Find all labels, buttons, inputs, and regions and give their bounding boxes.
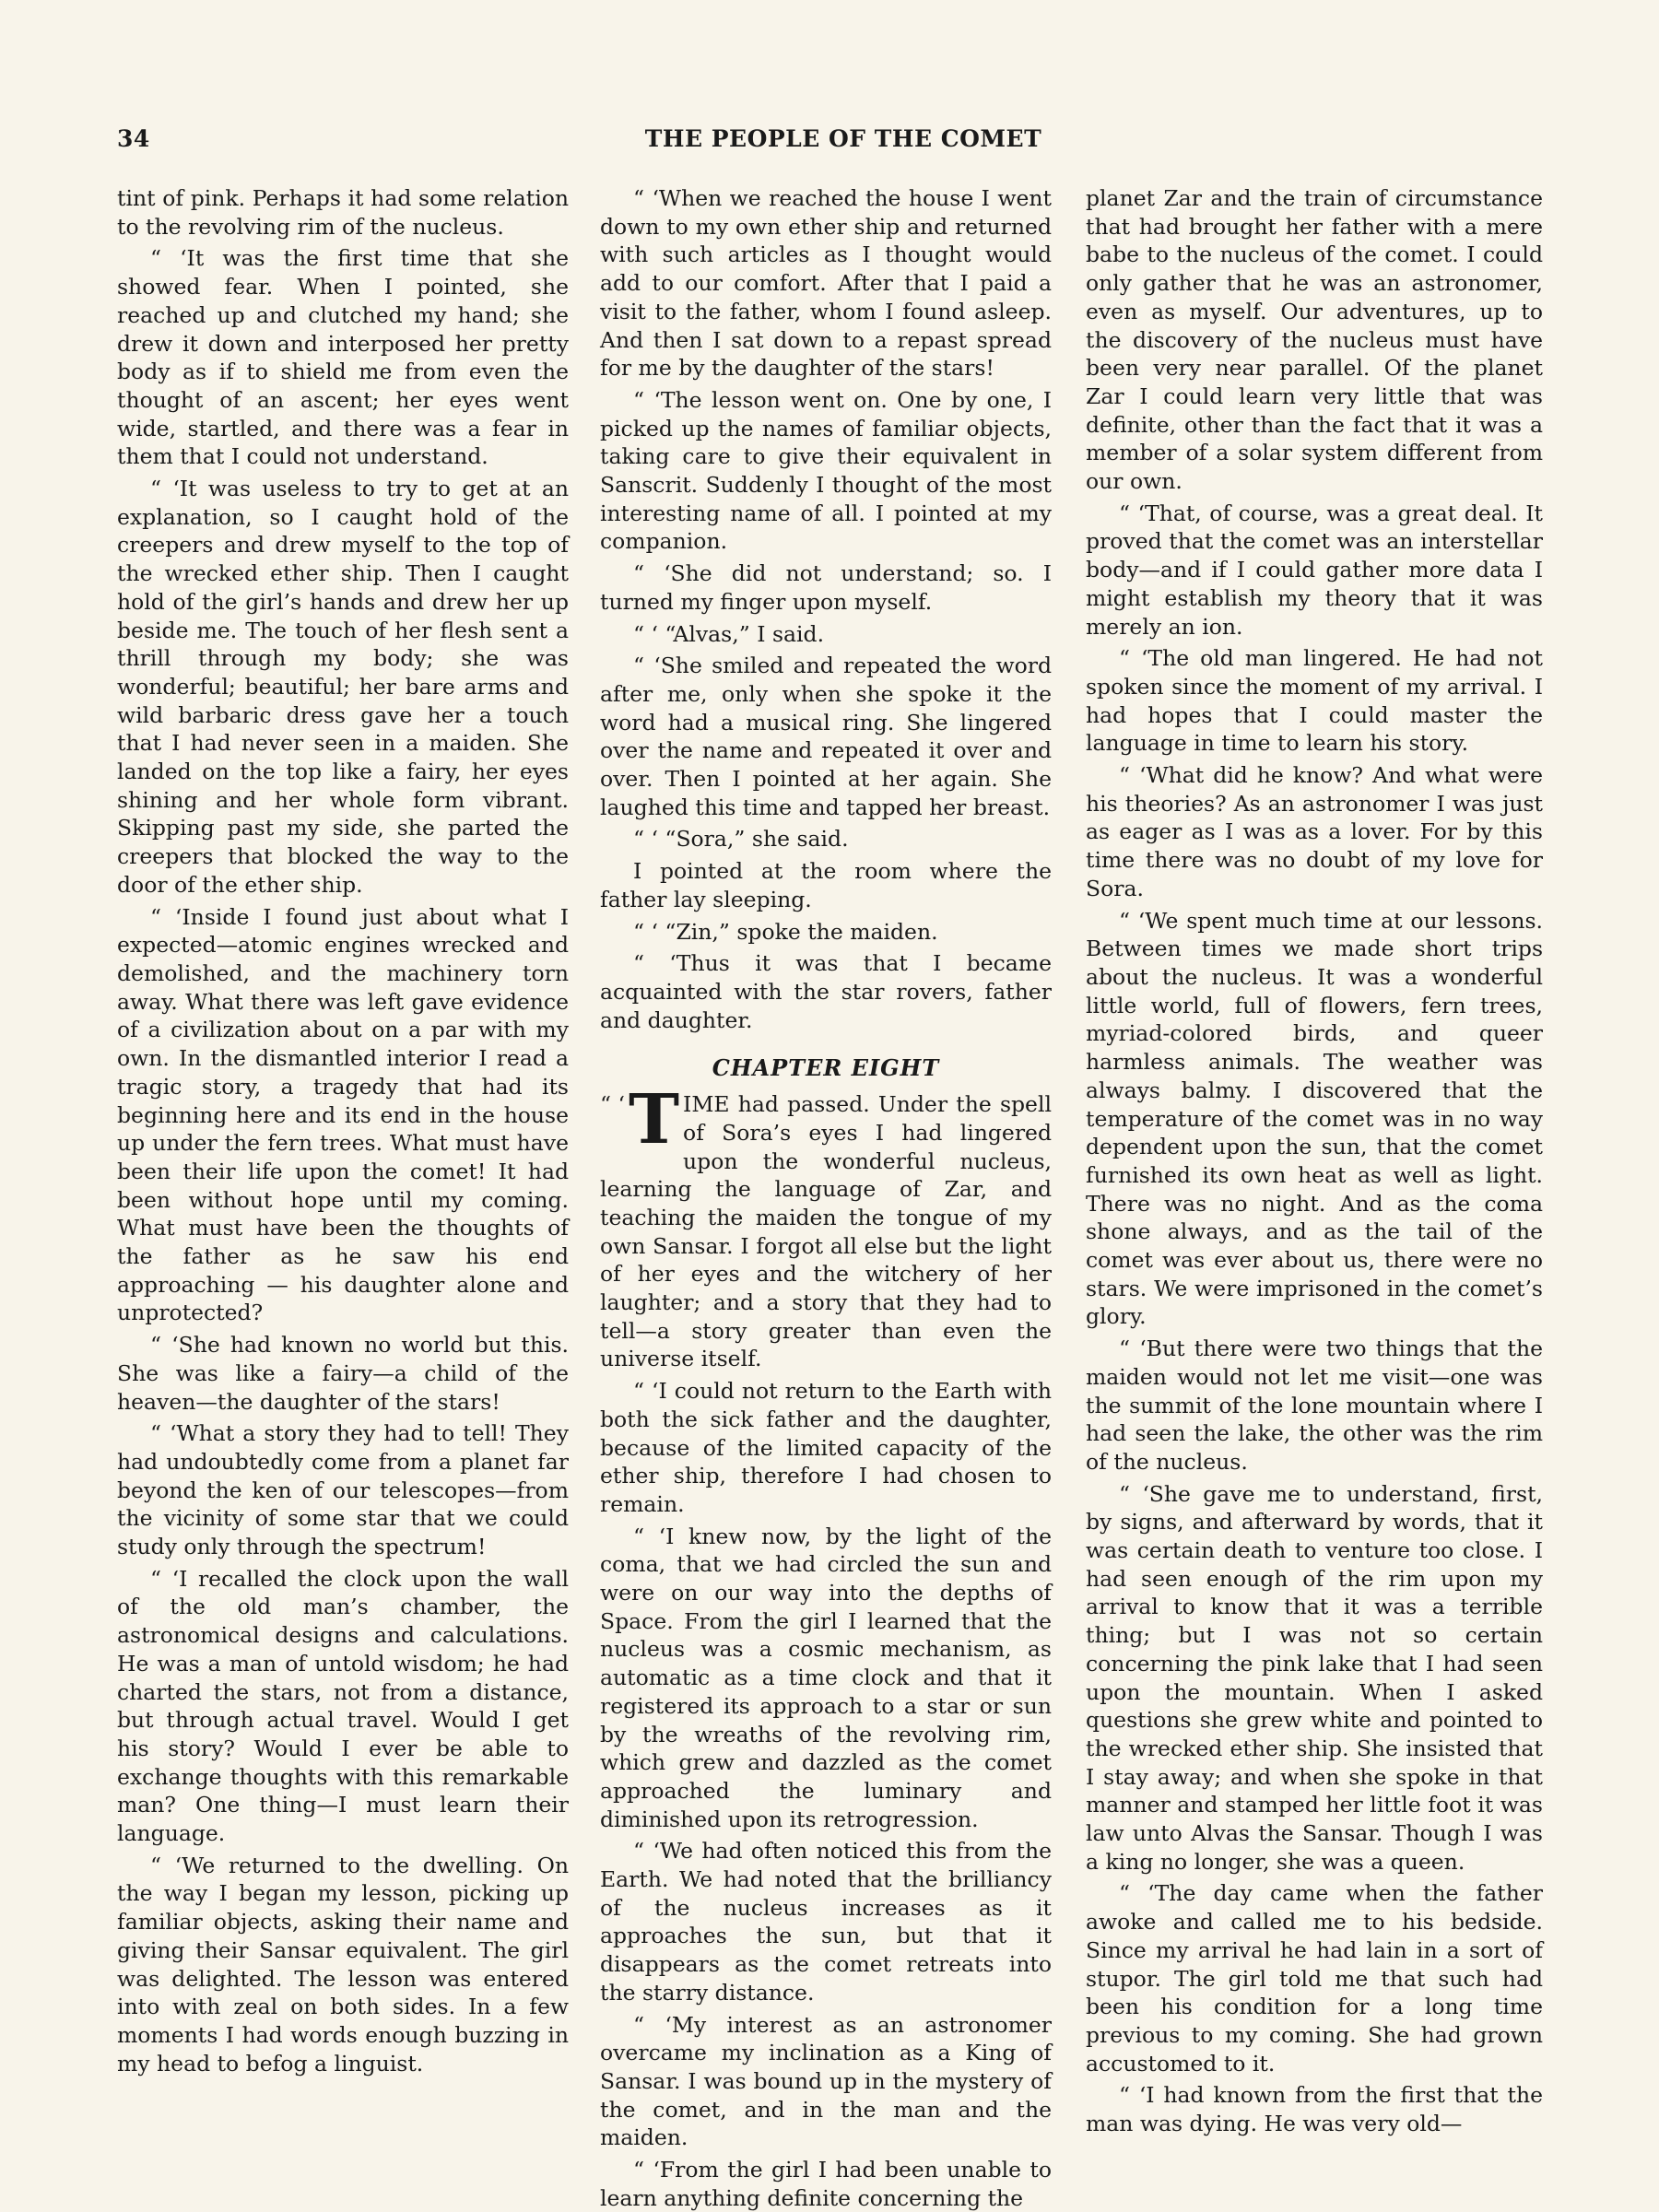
paragraph: “ ‘What a story they had to tell! They h… (117, 1419, 569, 1561)
paragraph: “ ‘The day came when the father awoke an… (1086, 1879, 1543, 2077)
running-title: THE PEOPLE OF THE COMET (117, 125, 1570, 152)
paragraph: “ ‘I recalled the clock upon the wall of… (117, 1565, 569, 1848)
chapter-heading: CHAPTER EIGHT (600, 1054, 1052, 1083)
opening-quote: “ ‘ (600, 1090, 625, 1119)
paragraph: “ ‘Thus it was that I became acquainted … (600, 949, 1052, 1034)
paragraph: “ ‘She smiled and repeated the word afte… (600, 652, 1052, 821)
paragraph: planet Zar and the train of circumstance… (1086, 184, 1543, 496)
paragraph: “ ‘The lesson went on. One by one, I pic… (600, 386, 1052, 556)
paragraph: “ ‘She did not understand; so. I turned … (600, 559, 1052, 616)
column-1: tint of pink. Perhaps it had some relati… (117, 184, 569, 2081)
paragraph: “ ‘She had known no world but this. She … (117, 1331, 569, 1416)
dropcap-paragraph: “ ‘TIME had passed. Under the spell of S… (600, 1090, 1052, 1373)
paragraph: “ ‘When we reached the house I went down… (600, 184, 1052, 382)
paragraph: “ ‘Inside I found just about what I expe… (117, 903, 569, 1328)
paragraph: “ ‘The old man lingered. He had not spok… (1086, 644, 1543, 758)
paragraph: “ ‘I knew now, by the light of the coma,… (600, 1523, 1052, 1834)
paragraph: “ ‘I had known from the first that the m… (1086, 2081, 1543, 2137)
drop-cap-letter: T (629, 1092, 679, 1147)
paragraph: “ ‘From the girl I had been unable to le… (600, 2156, 1052, 2212)
paragraph: “ ‘She gave me to understand, first, by … (1086, 1480, 1543, 1877)
column-3: planet Zar and the train of circumstance… (1086, 184, 1543, 2142)
paragraph: I pointed at the room where the father l… (600, 857, 1052, 913)
paragraph: “ ‘We spent much time at our lessons. Be… (1086, 907, 1543, 1332)
paragraph: “ ‘That, of course, was a great deal. It… (1086, 500, 1543, 641)
page-header: 34 THE PEOPLE OF THE COMET (117, 125, 1570, 162)
paragraph: “ ‘But there were two things that the ma… (1086, 1335, 1543, 1477)
paragraph: “ ‘We had often noticed this from the Ea… (600, 1837, 1052, 2006)
paragraph: “ ‘I could not return to the Earth with … (600, 1377, 1052, 1519)
paragraph: “ ‘ “Alvas,” I said. (600, 620, 1052, 649)
paragraph: “ ‘ “Zin,” spoke the maiden. (600, 918, 1052, 947)
paragraph: “ ‘It was useless to try to get at an ex… (117, 475, 569, 900)
paragraph: “ ‘My interest as an astronomer overcame… (600, 2011, 1052, 2153)
paragraph: “ ‘It was the first time that she showed… (117, 244, 569, 471)
paragraph: “ ‘We returned to the dwelling. On the w… (117, 1852, 569, 2078)
column-2: “ ‘When we reached the house I went down… (600, 184, 1052, 2212)
paragraph: “ ‘What did he know? And what were his t… (1086, 761, 1543, 903)
paragraph: “ ‘ “Sora,” she said. (600, 825, 1052, 853)
paragraph: tint of pink. Perhaps it had some relati… (117, 184, 569, 241)
